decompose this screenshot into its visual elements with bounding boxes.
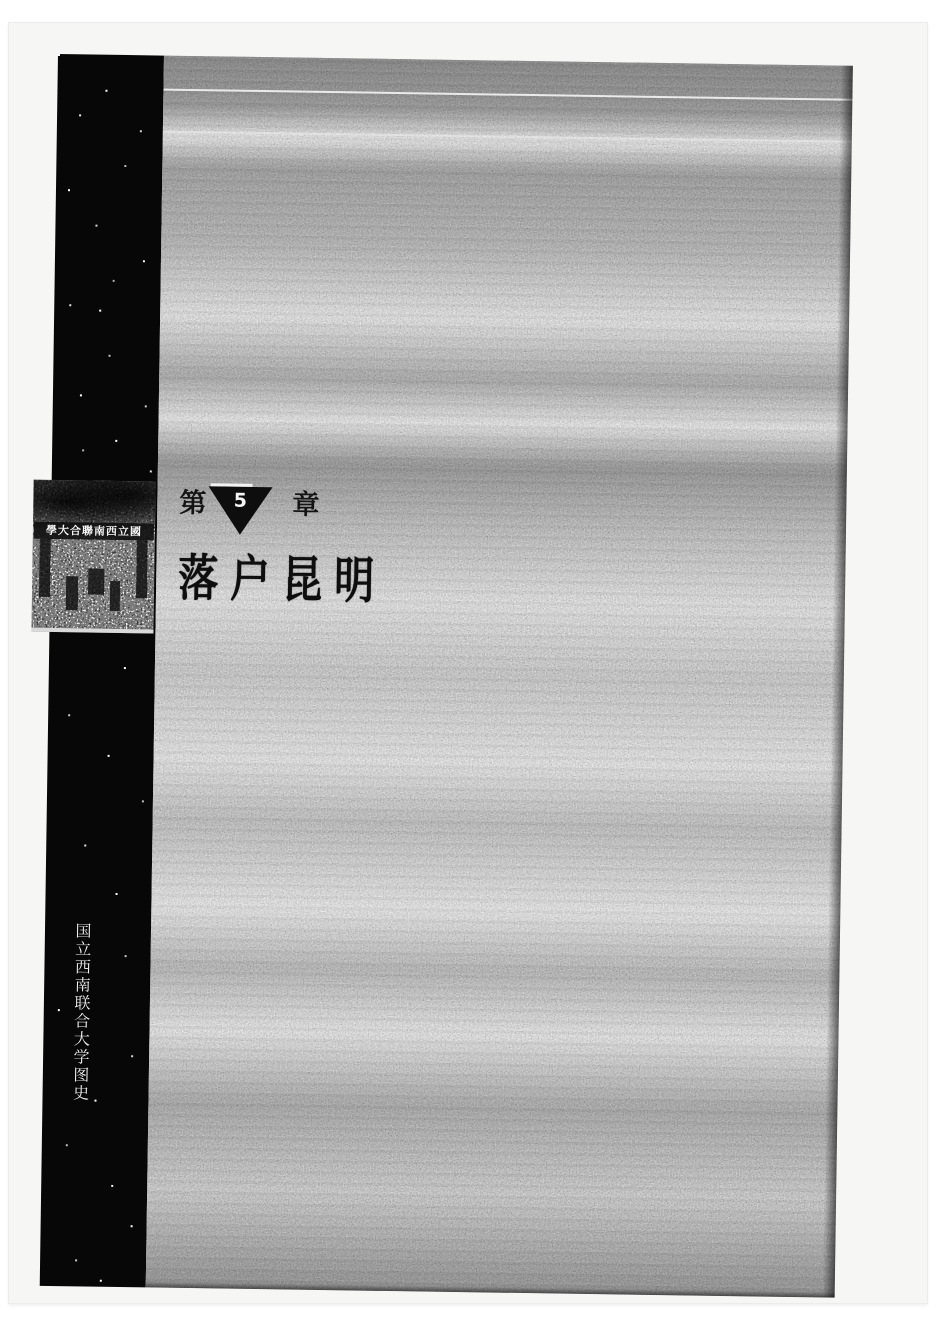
photo-figure xyxy=(66,576,79,610)
spine-band: 国立西南联合大学图史 xyxy=(40,54,164,1287)
spine-title: 国立西南联合大学图史 xyxy=(70,922,91,1142)
gate-photo: 學大合聯南西立國 xyxy=(31,480,155,634)
gate-pillar-left xyxy=(39,539,51,597)
gate-sign: 學大合聯南西立國 xyxy=(34,522,154,541)
chapter-number-triangle-icon: 5 xyxy=(208,486,273,535)
scanned-page: 国立西南联合大学图史 學大合聯南西立國 xyxy=(8,22,928,1304)
triangle-highlight xyxy=(211,483,253,487)
chapter-title: 落户昆明 xyxy=(178,554,387,607)
photo-figure xyxy=(88,569,104,595)
screenshot-root: { "page": { "chapter": { "prefix": "第", … xyxy=(0,0,945,1337)
photo-figure xyxy=(110,581,120,611)
chapter-prefix: 第 xyxy=(179,490,206,517)
scan-streaks xyxy=(146,56,853,1298)
dust-speckles xyxy=(58,54,60,56)
gate-pillar-right xyxy=(136,540,148,598)
chapter-number: 5 xyxy=(208,489,272,512)
chapter-heading: 第 5 章 xyxy=(179,486,320,536)
page-scan-texture xyxy=(146,56,853,1298)
chapter-suffix: 章 xyxy=(292,492,319,519)
scan-content: 国立西南联合大学图史 學大合聯南西立國 xyxy=(40,54,853,1298)
